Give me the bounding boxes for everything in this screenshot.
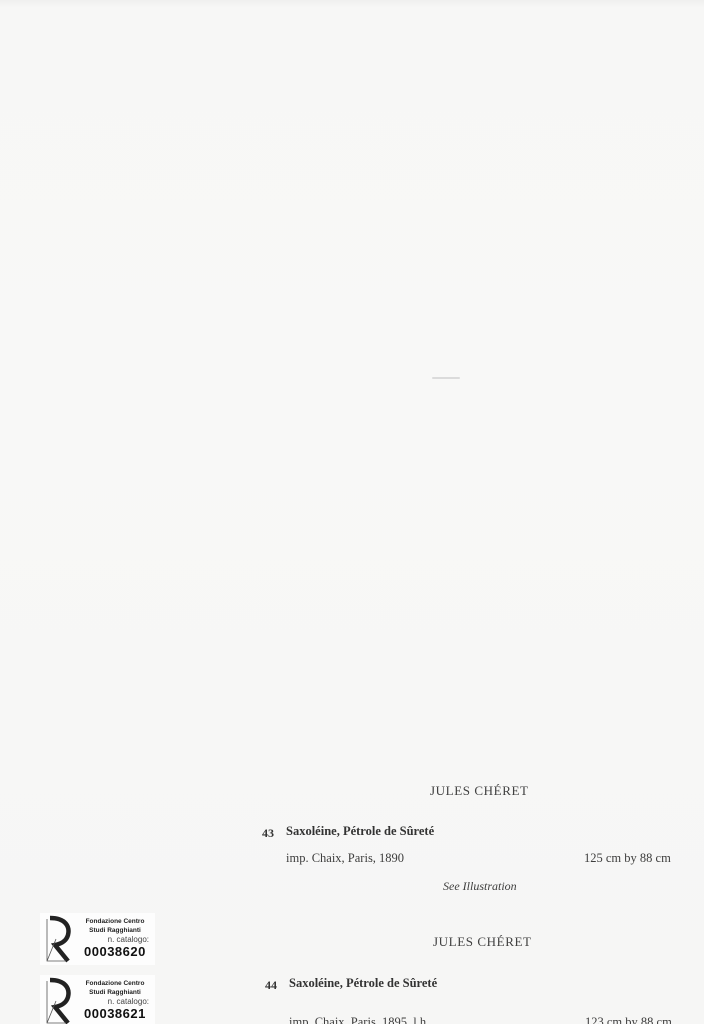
scan-smudge — [432, 377, 460, 379]
lot-title: Saxoléine, Pétrole de Sûreté — [286, 824, 434, 839]
see-illustration-note: See Illustration — [443, 879, 517, 894]
archive-stamp: Fondazione Centro Studi Ragghianti n. ca… — [40, 913, 155, 965]
archive-stamp: Fondazione Centro Studi Ragghianti n. ca… — [40, 975, 155, 1024]
lot-dimensions: 125 cm by 88 cm — [584, 851, 671, 866]
stamp-catalog-label: n. catalogo: — [108, 997, 149, 1006]
lot-dimensions: 123 cm by 88 cm — [585, 1015, 672, 1024]
artist-heading: JULES CHÉRET — [433, 934, 532, 950]
lot-title: Saxoléine, Pétrole de Sûreté — [289, 976, 437, 991]
lot-number: 44 — [265, 978, 277, 993]
lot-imprint: imp. Chaix, Paris, 1890 — [286, 851, 404, 866]
stamp-catalog-number: 00038621 — [84, 1006, 146, 1021]
lot-imprint: imp. Chaix, Paris, 1895, l.h. — [289, 1015, 429, 1024]
lot-number: 43 — [262, 826, 274, 841]
artist-heading: JULES CHÉRET — [430, 783, 529, 799]
stamp-catalog-number: 00038620 — [84, 944, 146, 959]
stamp-organization: Fondazione Centro Studi Ragghianti — [80, 917, 150, 935]
scanned-page: JULES CHÉRET 43 Saxoléine, Pétrole de Sû… — [0, 0, 704, 1024]
ragghianti-logo-icon — [44, 915, 72, 963]
stamp-catalog-label: n. catalogo: — [108, 935, 149, 944]
stamp-organization: Fondazione Centro Studi Ragghianti — [80, 979, 150, 997]
ragghianti-logo-icon — [44, 977, 72, 1024]
